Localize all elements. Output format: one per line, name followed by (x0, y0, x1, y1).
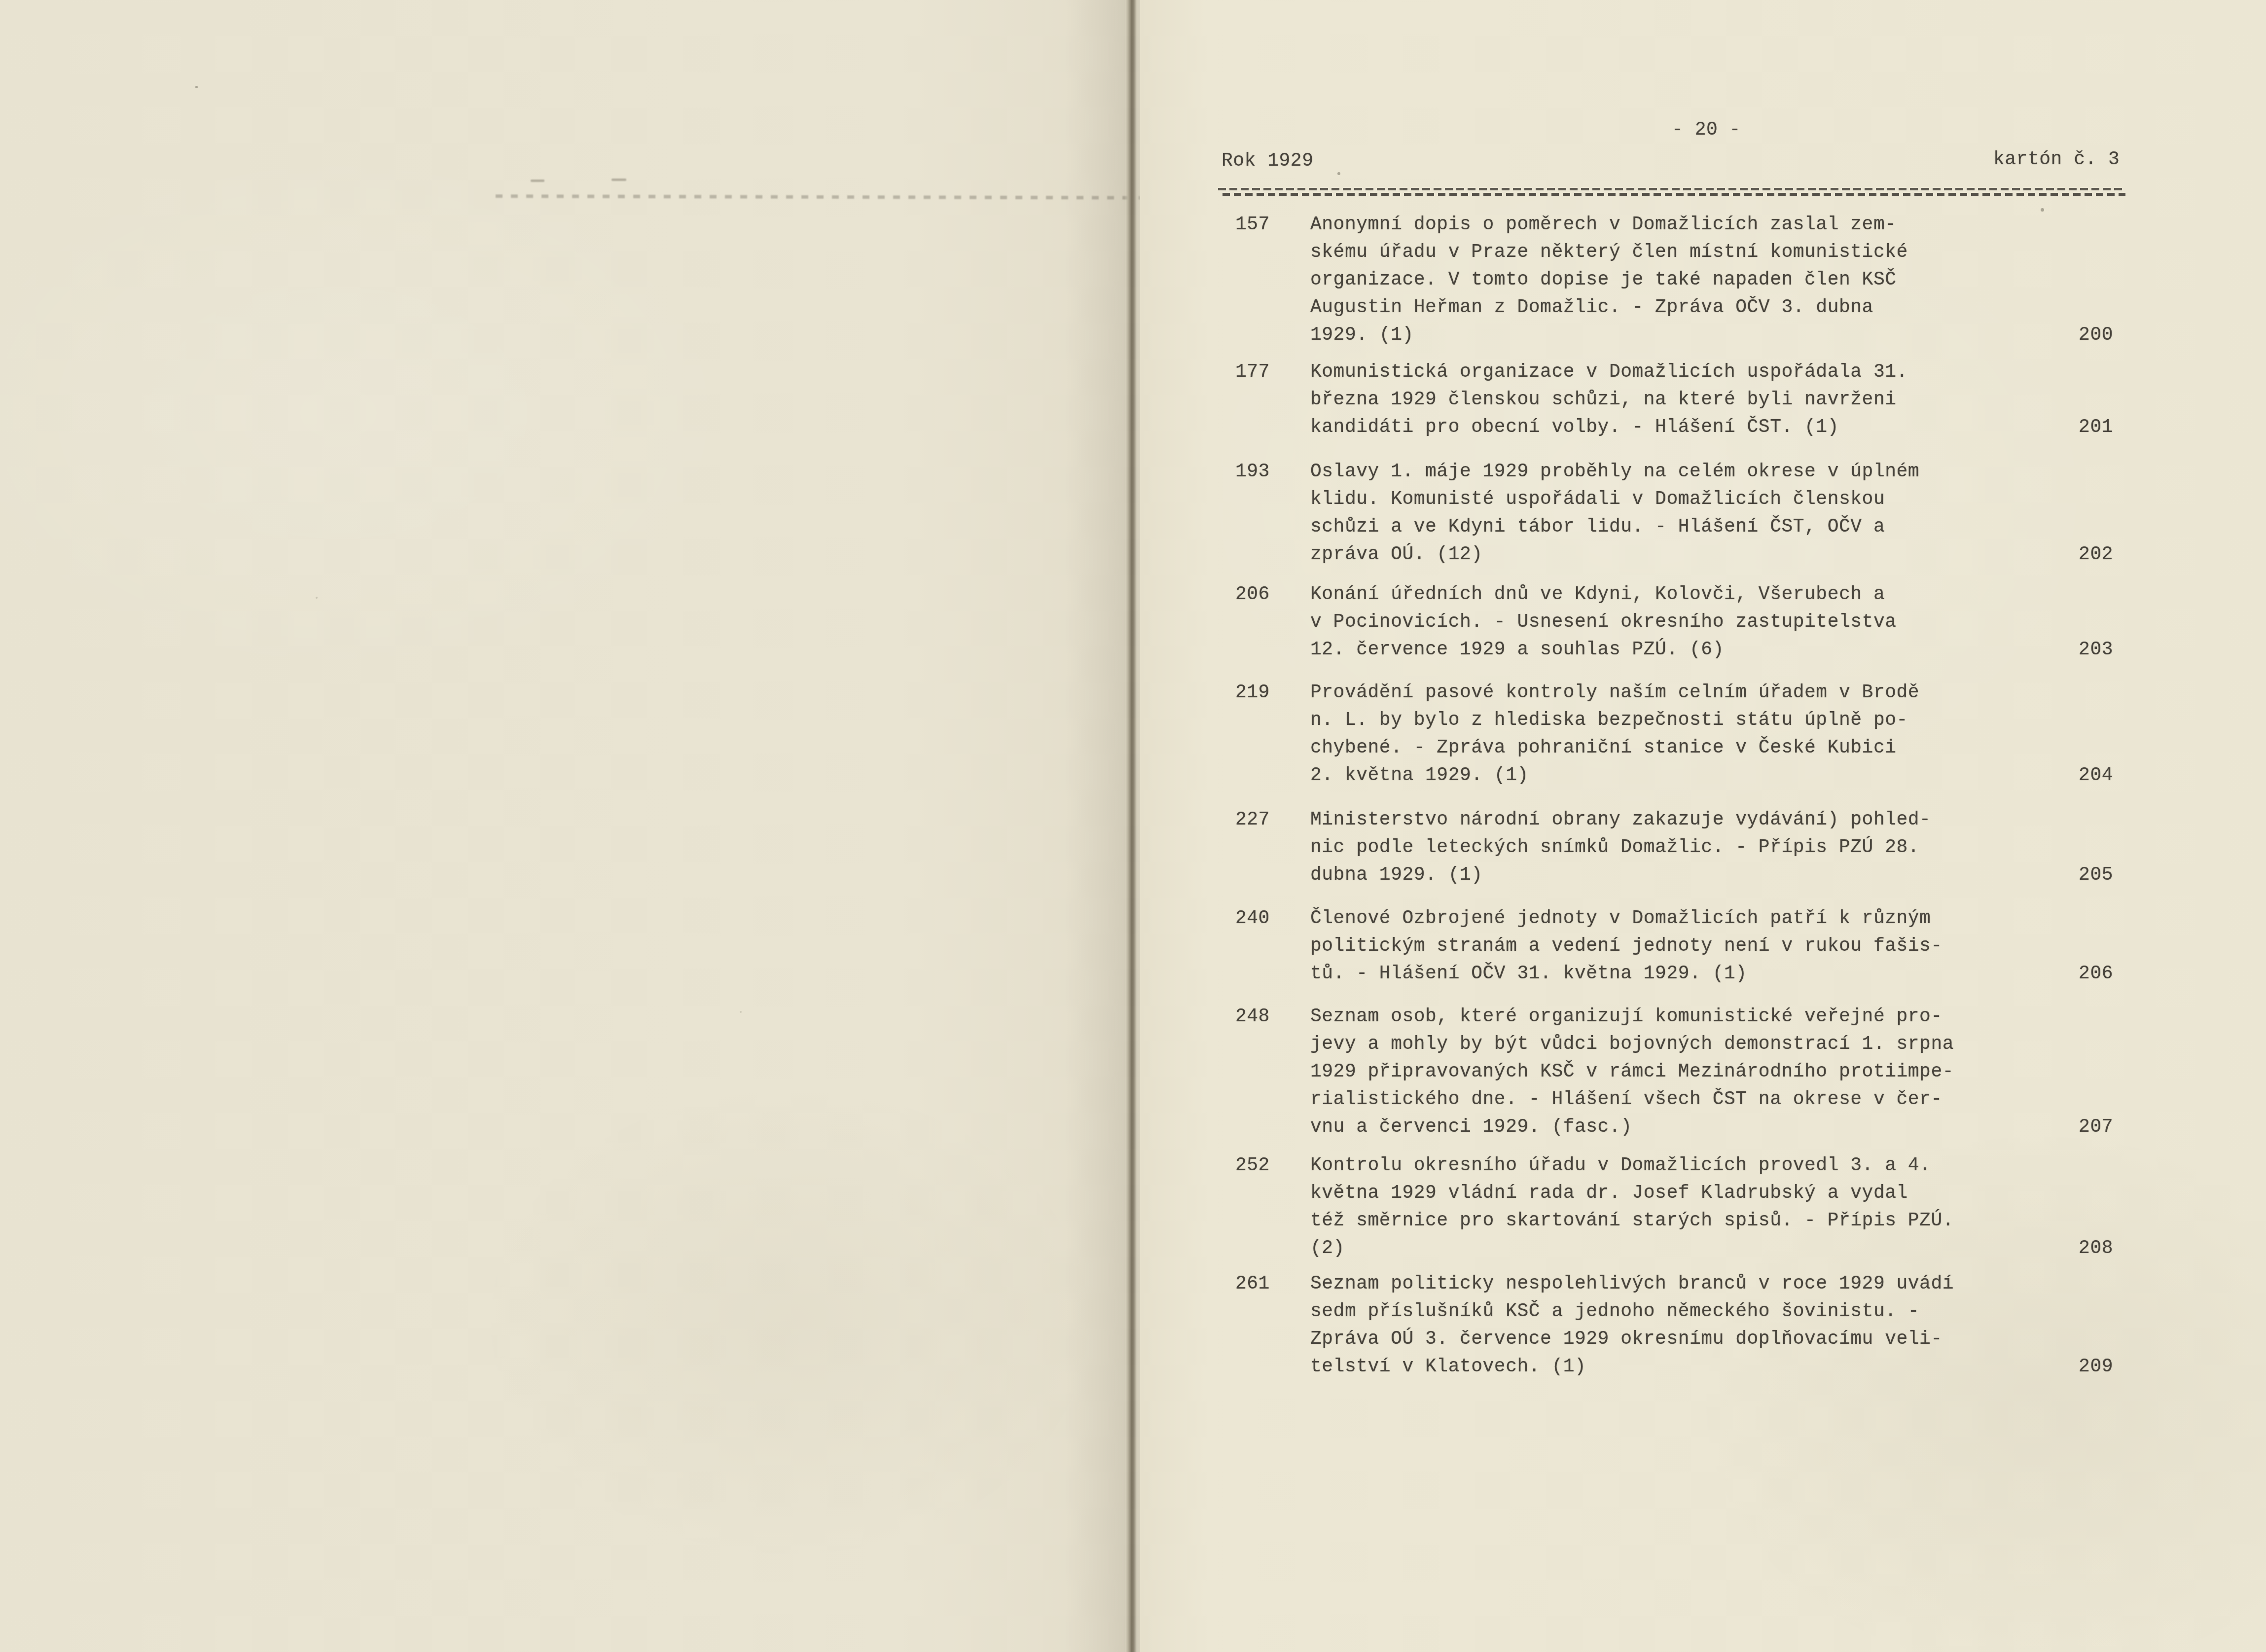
scanned-book-spread: - 20 - Rok 1929 kartón č. 3 157 Anonymní… (0, 0, 2266, 1652)
left-page (0, 0, 1128, 1652)
entry-number: 252 (1235, 1152, 1310, 1262)
entry-description: Konání úředních dnů ve Kdyni, Kolovči, V… (1310, 581, 2049, 664)
entry-number: 219 (1235, 679, 1310, 790)
entry-description: Kontrolu okresního úřadu v Domažlicích p… (1310, 1152, 2049, 1262)
dashed-underline-rule (1218, 187, 2125, 196)
entry-row-157: 157 Anonymní dopis o poměrech v Domažlic… (1235, 211, 2113, 349)
entry-row-219: 219 Provádění pasové kontroly naším celn… (1235, 679, 2113, 790)
pencil-dash (531, 180, 544, 182)
carton-heading: kartón č. 3 (1993, 146, 2120, 174)
entry-row-193: 193 Oslavy 1. máje 1929 proběhly na celé… (1235, 458, 2113, 569)
entry-page-number: 204 (2079, 762, 2113, 790)
entry-description: Seznam osob, které organizují komunistic… (1310, 1003, 2049, 1141)
paper-speck (195, 86, 198, 88)
entry-page-number: 209 (2079, 1353, 2113, 1381)
paper-speck (316, 597, 318, 599)
entry-description: Provádění pasové kontroly naším celním ú… (1310, 679, 2049, 790)
entry-page-number: 203 (2079, 636, 2113, 664)
entry-row-248: 248 Seznam osob, které organizují komuni… (1235, 1003, 2113, 1141)
entry-number: 240 (1235, 905, 1310, 988)
entry-description: Anonymní dopis o poměrech v Domažlicích … (1310, 211, 2049, 349)
entry-description: Seznam politicky nespolehlivých branců v… (1310, 1270, 2049, 1381)
entry-number: 177 (1235, 359, 1310, 441)
paper-speck (740, 1011, 742, 1013)
entry-page-number: 206 (2079, 960, 2113, 988)
entry-page-number: 205 (2079, 862, 2113, 889)
entry-page-number: 208 (2079, 1235, 2113, 1262)
entry-row-252: 252 Kontrolu okresního úřadu v Domažlicí… (1235, 1152, 2113, 1262)
entry-row-206: 206 Konání úředních dnů ve Kdyni, Kolovč… (1235, 581, 2113, 664)
entry-row-177: 177 Komunistická organizace v Domažlicíc… (1235, 359, 2113, 441)
page-number-header: - 20 - (1618, 116, 1795, 144)
ink-dot (1337, 172, 1340, 175)
entry-row-227: 227 Ministerstvo národní obrany zakazuje… (1235, 806, 2113, 889)
entry-page-number: 200 (2079, 322, 2113, 349)
entry-description: Komunistická organizace v Domažlicích us… (1310, 359, 2049, 441)
year-heading: Rok 1929 (1222, 147, 1313, 175)
entry-description: Členové Ozbrojené jednoty v Domažlicích … (1310, 905, 2049, 988)
entry-number: 193 (1235, 458, 1310, 569)
entry-number: 206 (1235, 581, 1310, 664)
entry-row-261: 261 Seznam politicky nespolehlivých bran… (1235, 1270, 2113, 1381)
pencil-dash (611, 179, 626, 181)
entry-page-number: 207 (2079, 1113, 2113, 1141)
entry-description: Ministerstvo národní obrany zakazuje vyd… (1310, 806, 2049, 889)
entry-number: 261 (1235, 1270, 1310, 1381)
entry-page-number: 202 (2079, 541, 2113, 569)
entry-number: 227 (1235, 806, 1310, 889)
spine-shadow-left (1065, 0, 1125, 1652)
book-spine (1124, 0, 1141, 1652)
entry-number: 157 (1235, 211, 1310, 349)
entry-page-number: 201 (2079, 414, 2113, 441)
entry-description: Oslavy 1. máje 1929 proběhly na celém ok… (1310, 458, 2049, 569)
entry-number: 248 (1235, 1003, 1310, 1141)
entry-row-240: 240 Členové Ozbrojené jednoty v Domažlic… (1235, 905, 2113, 988)
